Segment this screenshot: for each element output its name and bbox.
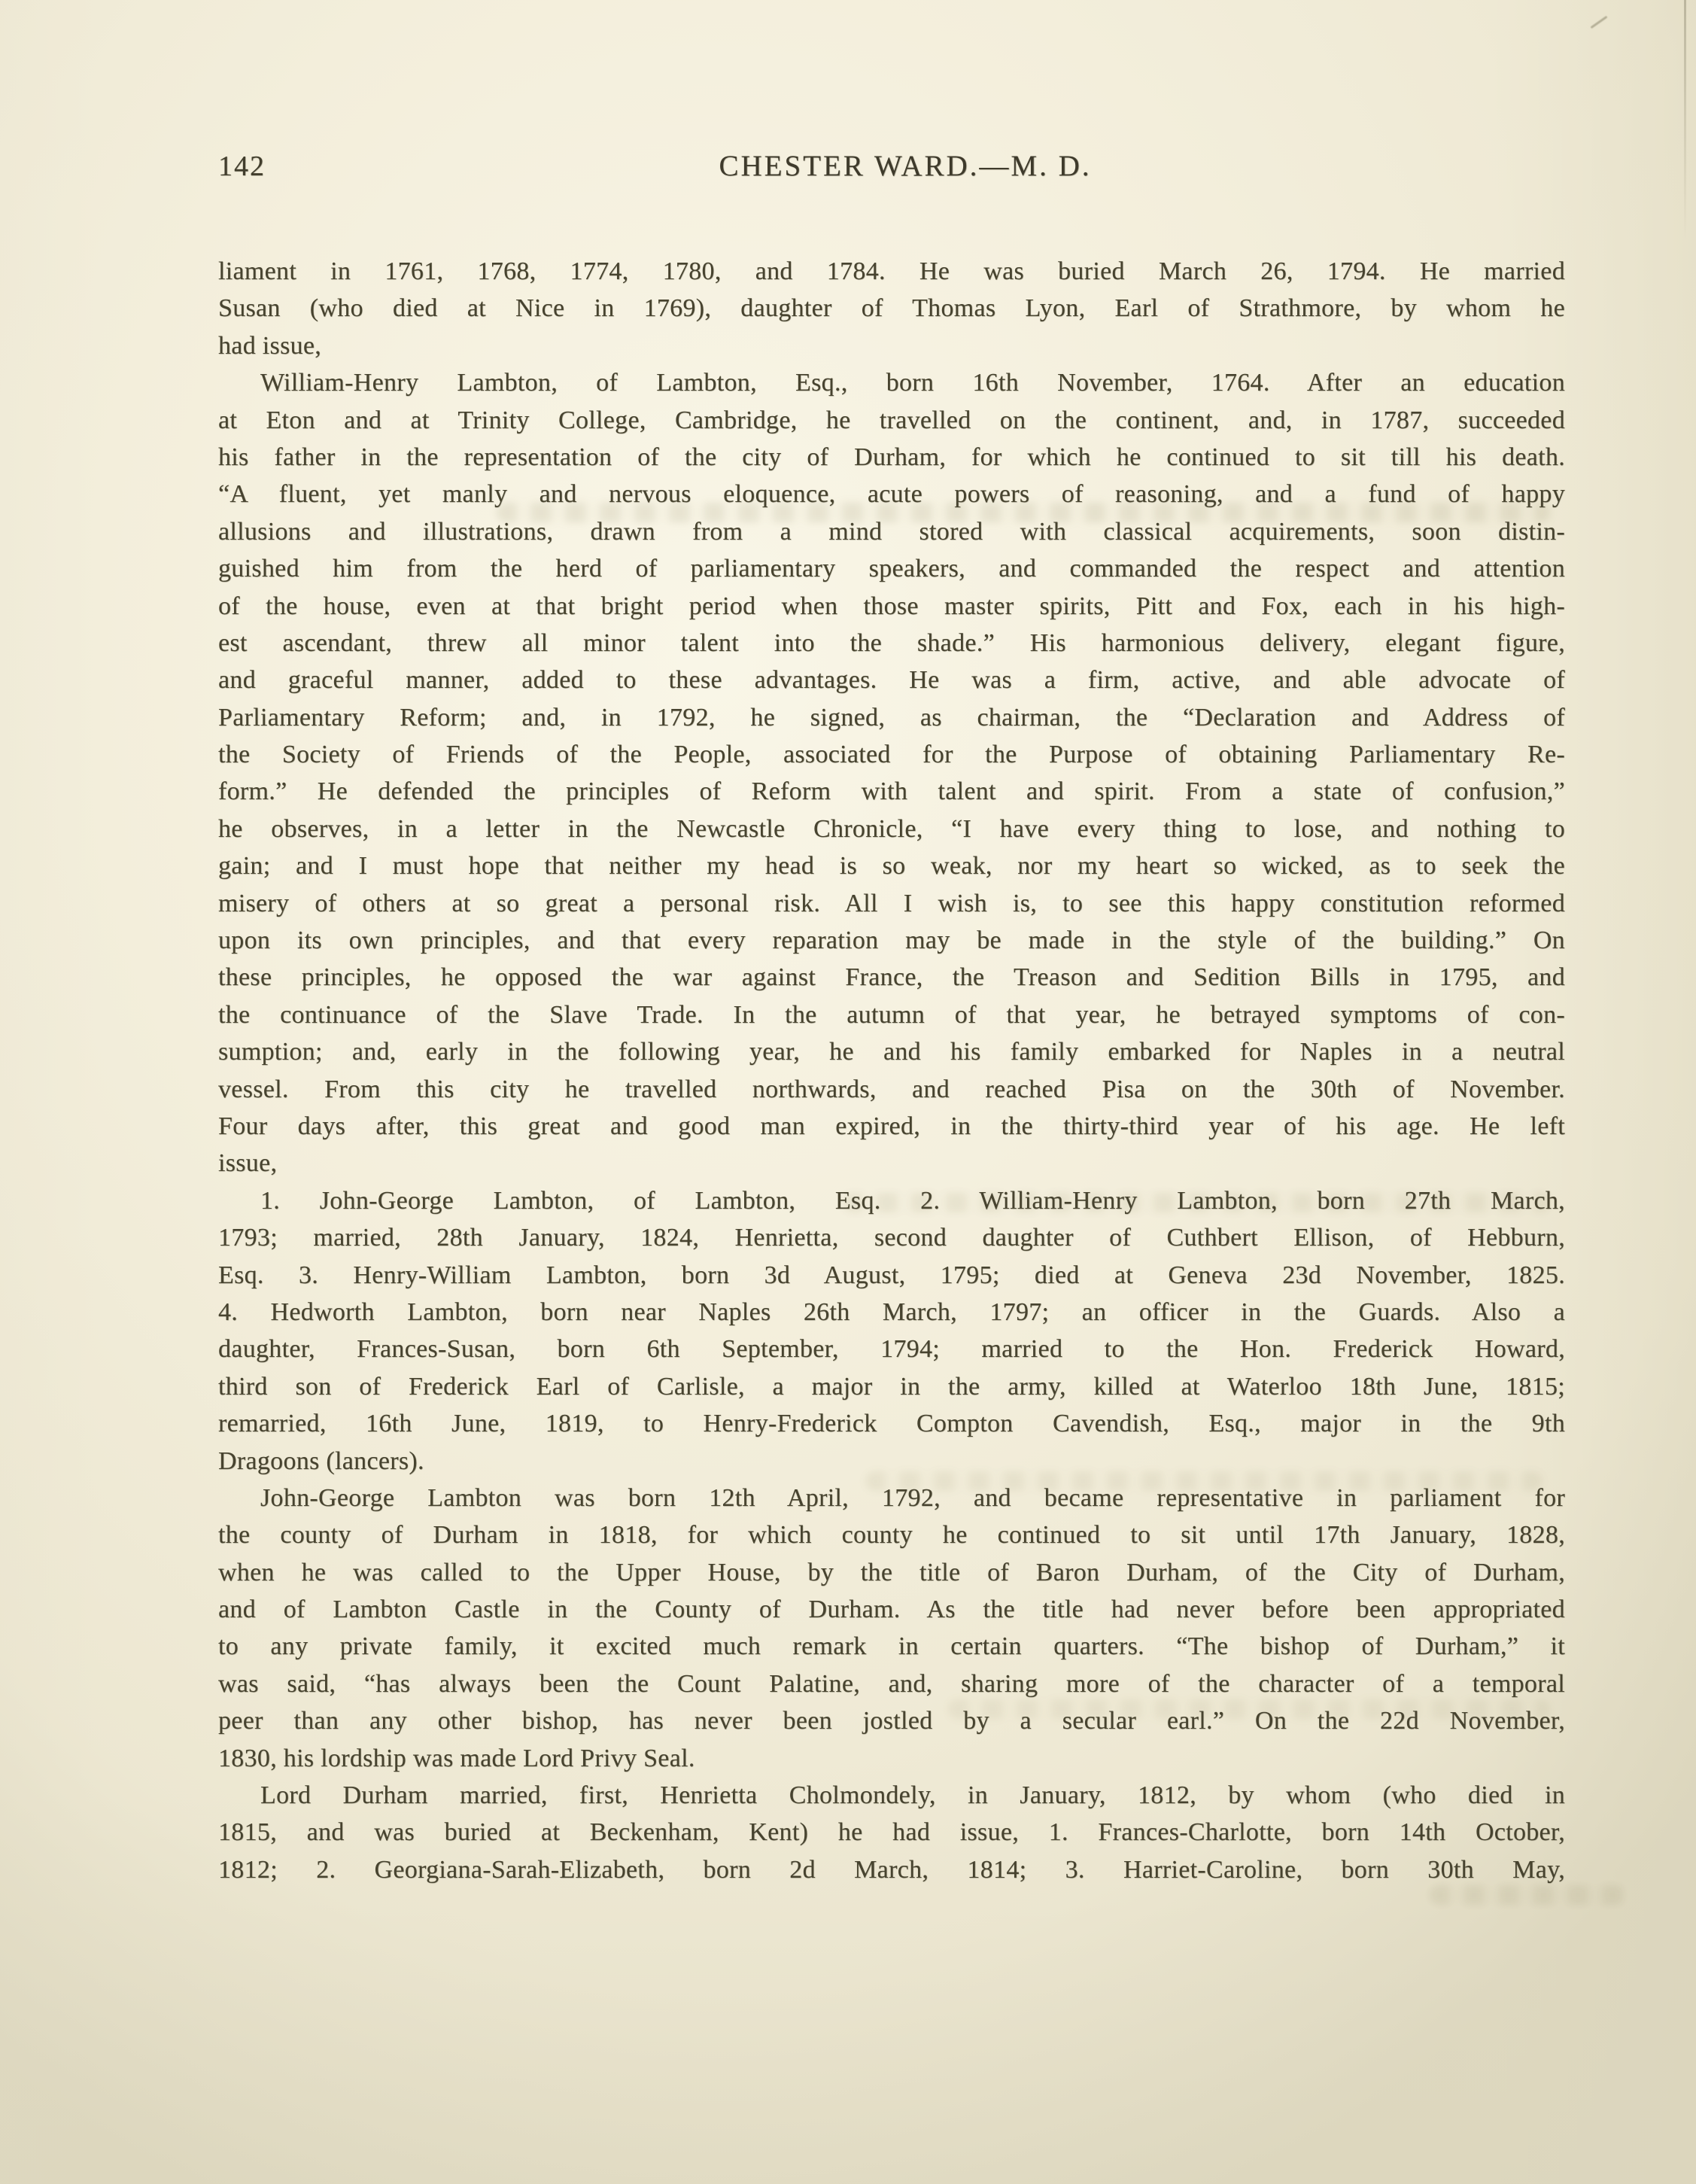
text-line: 1. John-George Lambton, of Lambton, Esq.… [218, 1182, 1565, 1219]
text-line: these principles, he opposed the war aga… [218, 959, 1565, 996]
text-line: Four days after, this great and good man… [218, 1108, 1565, 1145]
text-line: Susan (who died at Nice in 1769), daught… [218, 290, 1565, 327]
running-head: CHESTER WARD.—M. D. [232, 148, 1579, 185]
text-block: liament in 1761, 1768, 1774, 1780, and 1… [218, 253, 1565, 1888]
text-line: 4. Hedworth Lambton, born near Naples 26… [218, 1294, 1565, 1331]
page-edge-shadow [1684, 0, 1686, 241]
text-line: William-Henry Lambton, of Lambton, Esq.,… [218, 364, 1565, 401]
text-line: had issue, [218, 327, 1565, 364]
text-line: 1830, his lordship was made Lord Privy S… [218, 1740, 1565, 1777]
text-line: his father in the representation of the … [218, 439, 1565, 476]
text-line: the Society of Friends of the People, as… [218, 736, 1565, 773]
text-line: the county of Durham in 1818, for which … [218, 1516, 1565, 1553]
text-line: vessel. From this city he travelled nort… [218, 1071, 1565, 1108]
text-line: est ascendant, threw all minor talent in… [218, 625, 1565, 662]
page-header: 142 CHESTER WARD.—M. D. [218, 148, 1565, 185]
text-line: Parliamentary Reform; and, in 1792, he s… [218, 699, 1565, 736]
text-line: allusions and illustrations, drawn from … [218, 513, 1565, 550]
text-line: third son of Frederick Earl of Carlisle,… [218, 1368, 1565, 1405]
text-line: when he was called to the Upper House, b… [218, 1554, 1565, 1591]
text-line: 1812; 2. Georgiana-Sarah-Elizabeth, born… [218, 1851, 1565, 1888]
text-line: upon its own principles, and that every … [218, 922, 1565, 959]
text-line: issue, [218, 1145, 1565, 1182]
text-line: the continuance of the Slave Trade. In t… [218, 996, 1565, 1033]
text-line: gain; and I must hope that neither my he… [218, 847, 1565, 884]
text-line: John-George Lambton was born 12th April,… [218, 1480, 1565, 1516]
text-line: liament in 1761, 1768, 1774, 1780, and 1… [218, 253, 1565, 290]
text-line: “A fluent, yet manly and nervous eloquen… [218, 476, 1565, 513]
text-line: daughter, Frances-Susan, born 6th Septem… [218, 1331, 1565, 1367]
text-line: to any private family, it excited much r… [218, 1628, 1565, 1665]
text-line: misery of others at so great a personal … [218, 885, 1565, 922]
text-line: 1793; married, 28th January, 1824, Henri… [218, 1219, 1565, 1256]
text-line: Esq. 3. Henry-William Lambton, born 3d A… [218, 1257, 1565, 1294]
text-line: Lord Durham married, first, Henrietta Ch… [218, 1777, 1565, 1814]
text-line: at Eton and at Trinity College, Cambridg… [218, 402, 1565, 439]
text-line: 1815, and was buried at Beckenham, Kent)… [218, 1814, 1565, 1851]
text-line: remarried, 16th June, 1819, to Henry-Fre… [218, 1405, 1565, 1442]
text-line: was said, “has always been the Count Pal… [218, 1665, 1565, 1702]
text-line: peer than any other bishop, has never be… [218, 1702, 1565, 1739]
text-line: guished him from the herd of parliamenta… [218, 550, 1565, 587]
text-line: Dragoons (lancers). [218, 1443, 1565, 1480]
text-line: sumption; and, early in the following ye… [218, 1033, 1565, 1070]
text-line: he observes, in a letter in the Newcastl… [218, 811, 1565, 847]
text-line: form.” He defended the principles of Ref… [218, 773, 1565, 810]
text-line: and of Lambton Castle in the County of D… [218, 1591, 1565, 1628]
text-line: of the house, even at that bright period… [218, 588, 1565, 625]
text-line: and graceful manner, added to these adva… [218, 662, 1565, 698]
